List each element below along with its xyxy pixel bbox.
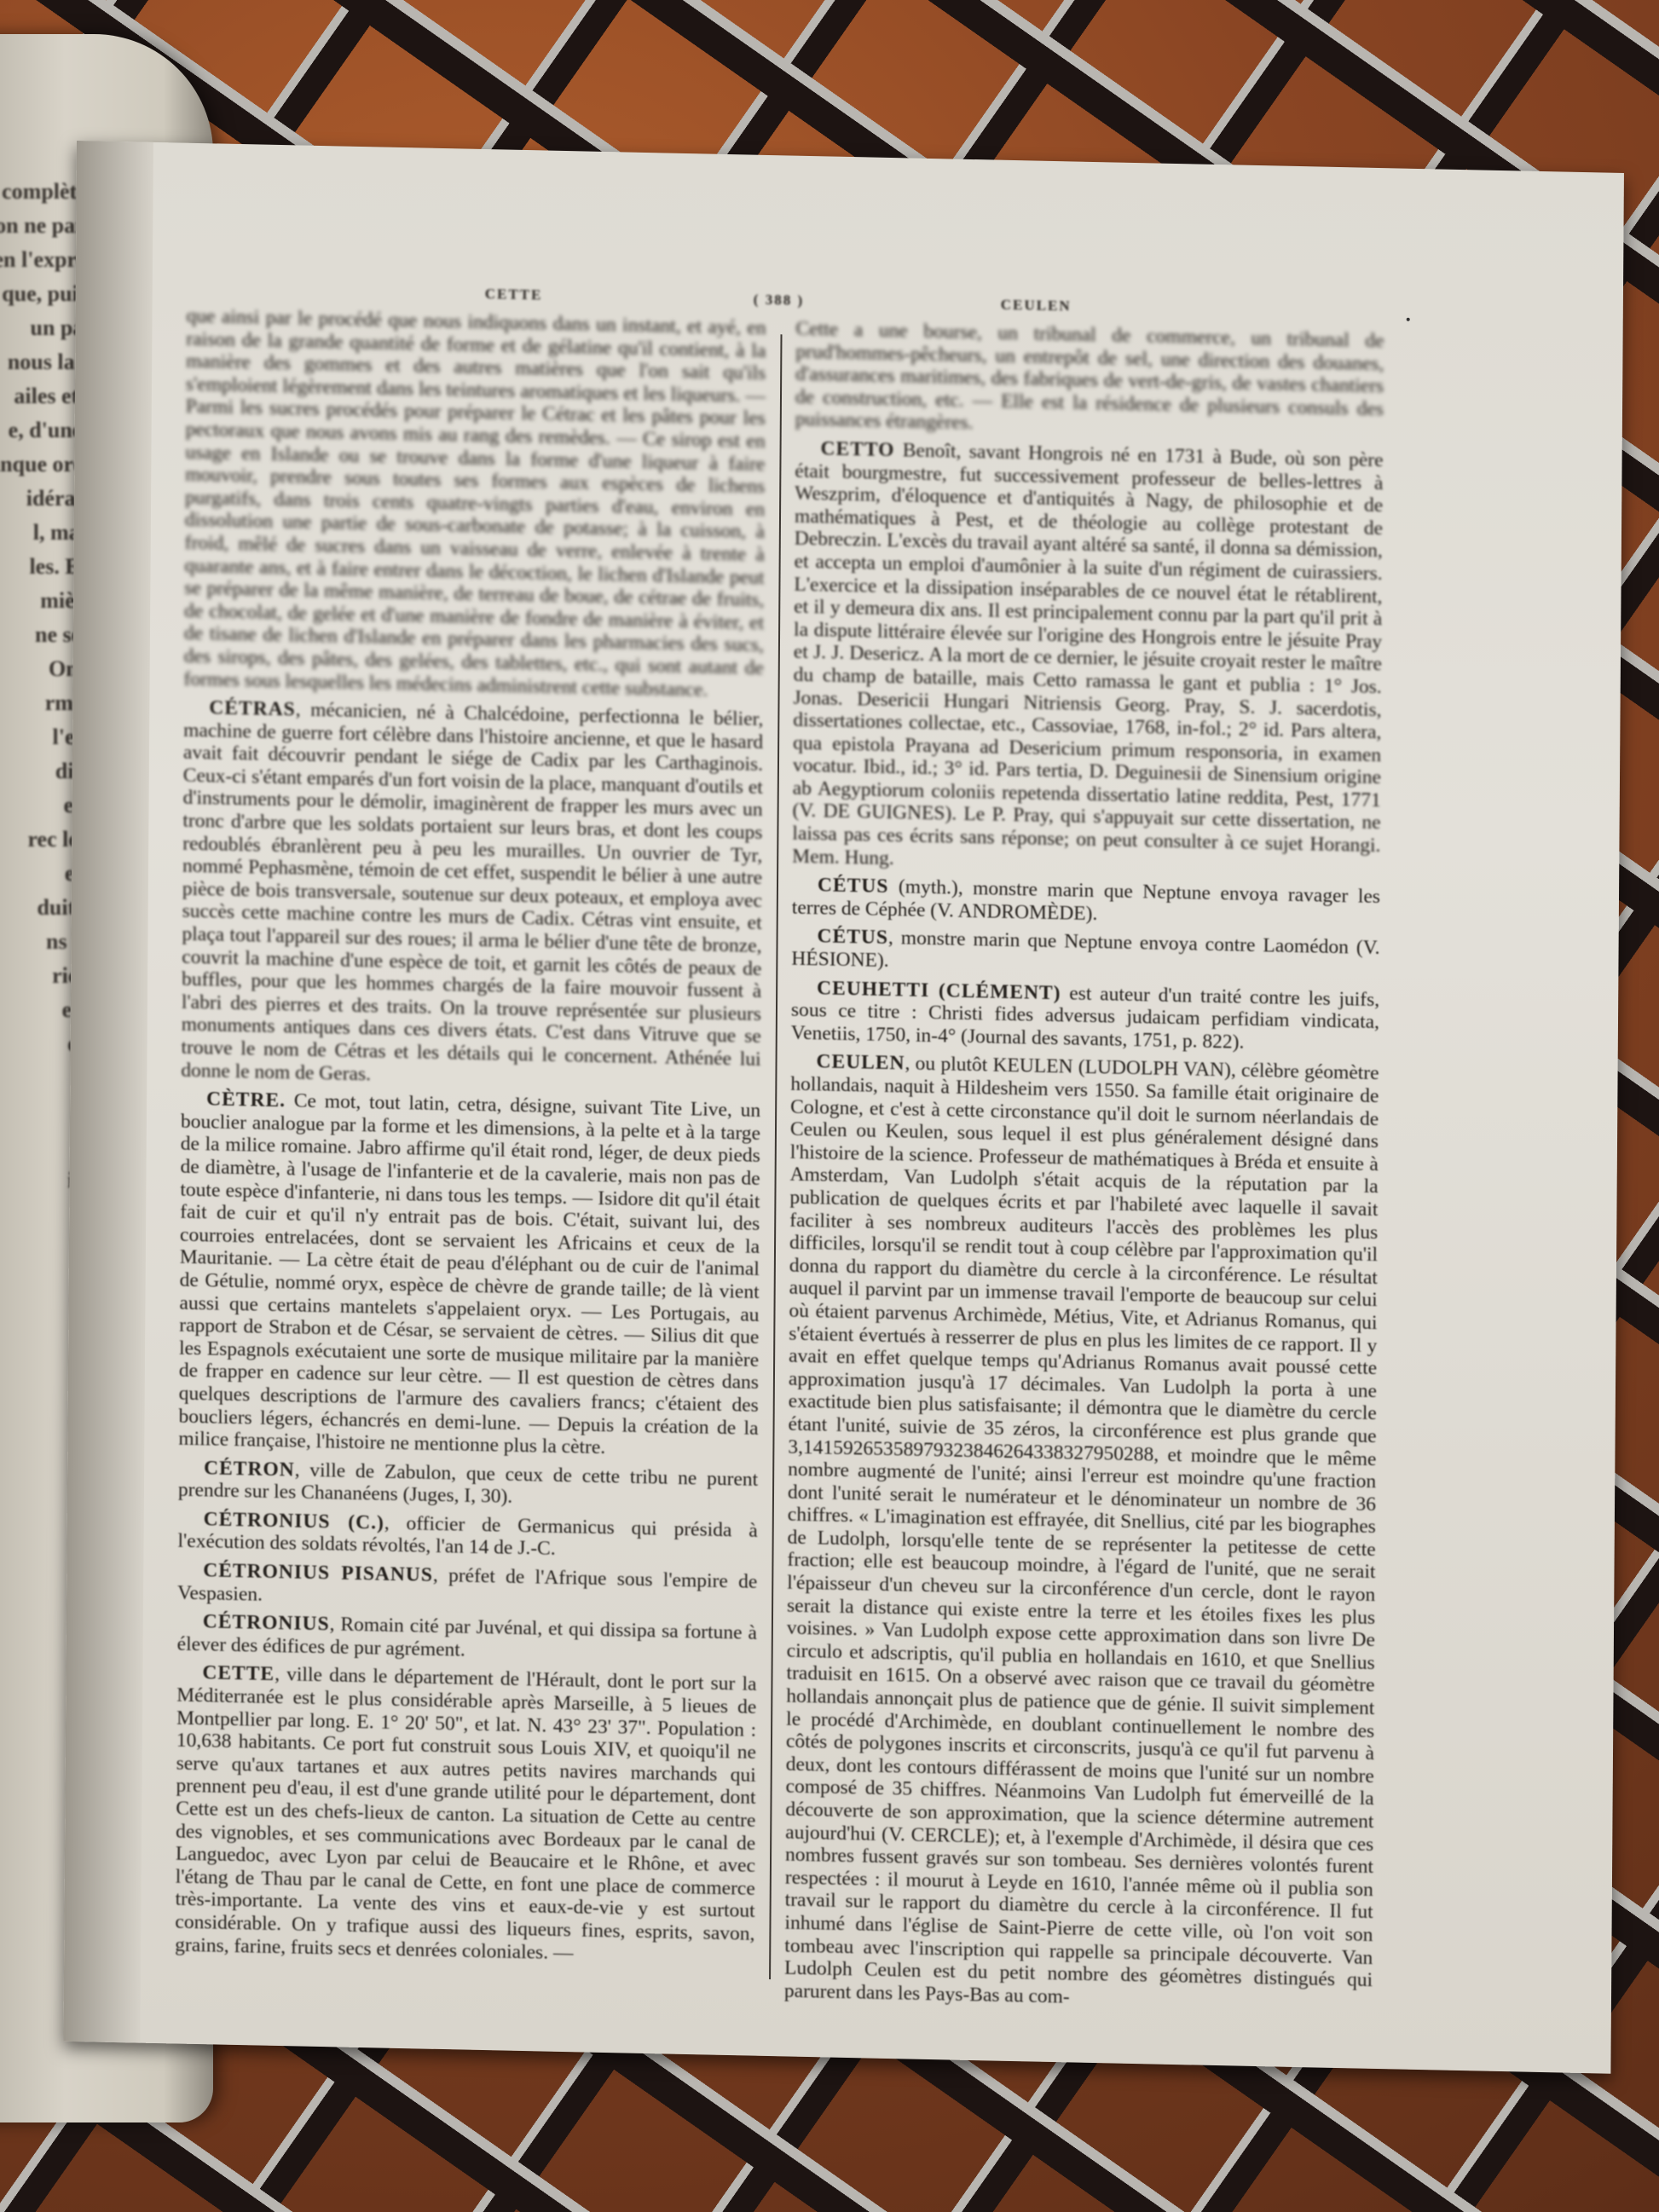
running-head-left: CETTE bbox=[485, 286, 543, 303]
entry-headword: CEULEN bbox=[816, 1051, 905, 1075]
entry-text: Cette a une bourse, un tribunal de comme… bbox=[795, 318, 1384, 435]
right-column: Cette a une bourse, un tribunal de comme… bbox=[784, 318, 1384, 2021]
dictionary-entry: CETTO Benoît, savant Hongrois né en 1731… bbox=[792, 437, 1384, 881]
entry-text: Ce mot, tout latin, cetra, désigne, suiv… bbox=[178, 1089, 760, 1458]
dictionary-entry: CÉTRONIUS, Romain cité par Juvénal, et q… bbox=[177, 1610, 757, 1667]
entry-headword: CÉTUS bbox=[817, 926, 888, 950]
dictionary-entry: CÉTRON, ville de Zabulon, que ceux de ce… bbox=[178, 1456, 758, 1513]
entry-headword: CETTE bbox=[202, 1662, 275, 1686]
entry-text: , mécanicien, né à Chalcédoine, perfecti… bbox=[181, 698, 763, 1084]
dictionary-entry: CÉTUS (myth.), monstre marin que Neptune… bbox=[792, 874, 1380, 932]
running-head-right: CEULEN bbox=[1001, 297, 1072, 315]
dictionary-entry: CÈTRE. Ce mot, tout latin, cetra, désign… bbox=[178, 1088, 760, 1463]
dictionary-entry: que ainsi par le procédé que nous indiqu… bbox=[184, 305, 766, 702]
page-number: ( 388 ) bbox=[754, 292, 804, 309]
entry-text: que ainsi par le procédé que nous indiqu… bbox=[184, 305, 766, 701]
entry-headword: CÉTRAS bbox=[209, 696, 296, 720]
dictionary-entry: CÉTRONIUS PISANUS, préfet de l'Afrique s… bbox=[177, 1559, 757, 1616]
entry-headword: CÉTRON bbox=[204, 1457, 295, 1481]
entry-headword: CETTO bbox=[820, 437, 894, 461]
entry-text: Benoît, savant Hongrois né en 1731 à Bud… bbox=[792, 439, 1384, 869]
entry-text: , ville dans le département de l'Hérault… bbox=[175, 1663, 756, 1963]
left-column: que ainsi par le procédé que nous indiqu… bbox=[175, 305, 766, 1974]
dictionary-entry: CEULEN, ou plutôt KEULEN (LUDOLPH VAN), … bbox=[784, 1050, 1379, 2014]
entry-headword: CÉTRONIUS (C.) bbox=[204, 1508, 384, 1533]
entry-headword: CÈTRE. bbox=[206, 1088, 286, 1112]
dictionary-entry: CÉTRONIUS (C.), officier de Germanicus q… bbox=[177, 1507, 757, 1564]
column-divider bbox=[769, 334, 782, 1979]
entry-headword: CÉTRONIUS bbox=[203, 1610, 330, 1635]
dictionary-entry: CETTE, ville dans le département de l'Hé… bbox=[175, 1661, 756, 1968]
dictionary-entry: CÉTRAS, mécanicien, né à Chalcédoine, pe… bbox=[181, 696, 763, 1094]
dictionary-entry: CEUHETTI (CLÉMENT) est auteur d'un trait… bbox=[791, 976, 1380, 1056]
entry-headword: CÉTUS bbox=[818, 874, 889, 898]
entry-text: , ou plutôt KEULEN (LUDOLPH VAN), célèbr… bbox=[784, 1053, 1379, 2007]
book-page: CETTE ( 388 ) CEULEN que ainsi par le pr… bbox=[63, 141, 1624, 2074]
dictionary-entry: Cette a une bourse, un tribunal de comme… bbox=[795, 318, 1384, 443]
dictionary-entry: CÉTUS, monstre marin que Neptune envoya … bbox=[791, 925, 1379, 983]
